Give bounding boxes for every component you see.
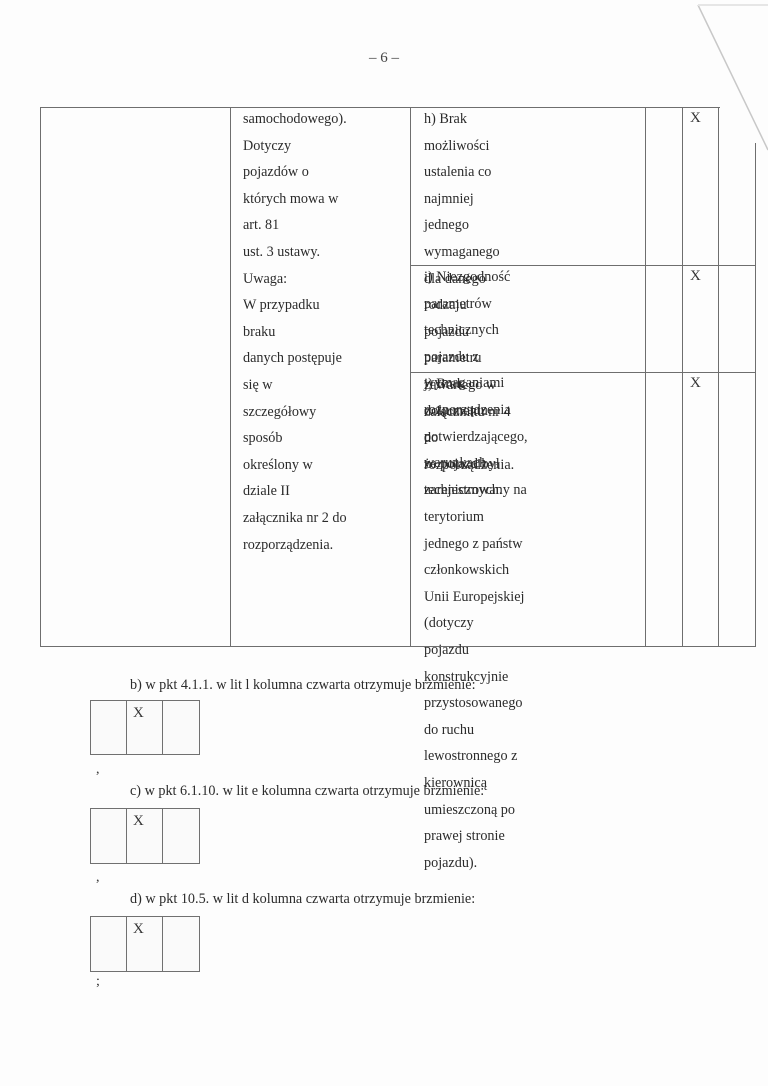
amendment-c-trailing: , — [96, 870, 100, 886]
amendment-c-box: X — [90, 808, 200, 864]
box-divider — [126, 917, 127, 971]
amendment-d-box: X — [90, 916, 200, 972]
description-cell: samochodowego). Dotyczy pojazdów o który… — [243, 106, 347, 558]
col-divider — [410, 107, 411, 647]
amendment-b-mark: X — [133, 705, 144, 722]
criterion-j-mark: X — [690, 375, 701, 392]
col-divider — [718, 107, 719, 647]
criterion-j-text: j) Brak dokumentu potwierdzającego, że p… — [424, 371, 528, 876]
criterion-i-mark: X — [690, 268, 701, 285]
box-divider — [162, 917, 163, 971]
box-divider — [126, 809, 127, 863]
col-divider — [230, 107, 231, 647]
amendment-b-box: X — [90, 700, 200, 755]
table-border-left — [40, 107, 41, 647]
amendment-d-text: d) w pkt 10.5. w lit d kolumna czwarta o… — [130, 891, 475, 908]
box-divider — [162, 701, 163, 754]
criterion-h-mark: X — [690, 110, 701, 127]
amendment-c-text: c) w pkt 6.1.10. w lit e kolumna czwarta… — [130, 783, 484, 800]
amendment-c-mark: X — [133, 813, 144, 830]
col-divider — [682, 107, 683, 647]
amendment-d-mark: X — [133, 921, 144, 938]
box-divider — [126, 701, 127, 754]
amendment-d-trailing: ; — [96, 974, 100, 990]
amendment-b-text: b) w pkt 4.1.1. w lit l kolumna czwarta … — [130, 677, 476, 694]
col-divider — [645, 107, 646, 647]
table-border-right — [755, 143, 756, 647]
table-border-top — [40, 107, 720, 108]
amendment-b-trailing: , — [96, 762, 100, 778]
box-divider — [162, 809, 163, 863]
page-number: – 6 – — [0, 50, 768, 67]
table-border-bottom — [40, 646, 756, 647]
